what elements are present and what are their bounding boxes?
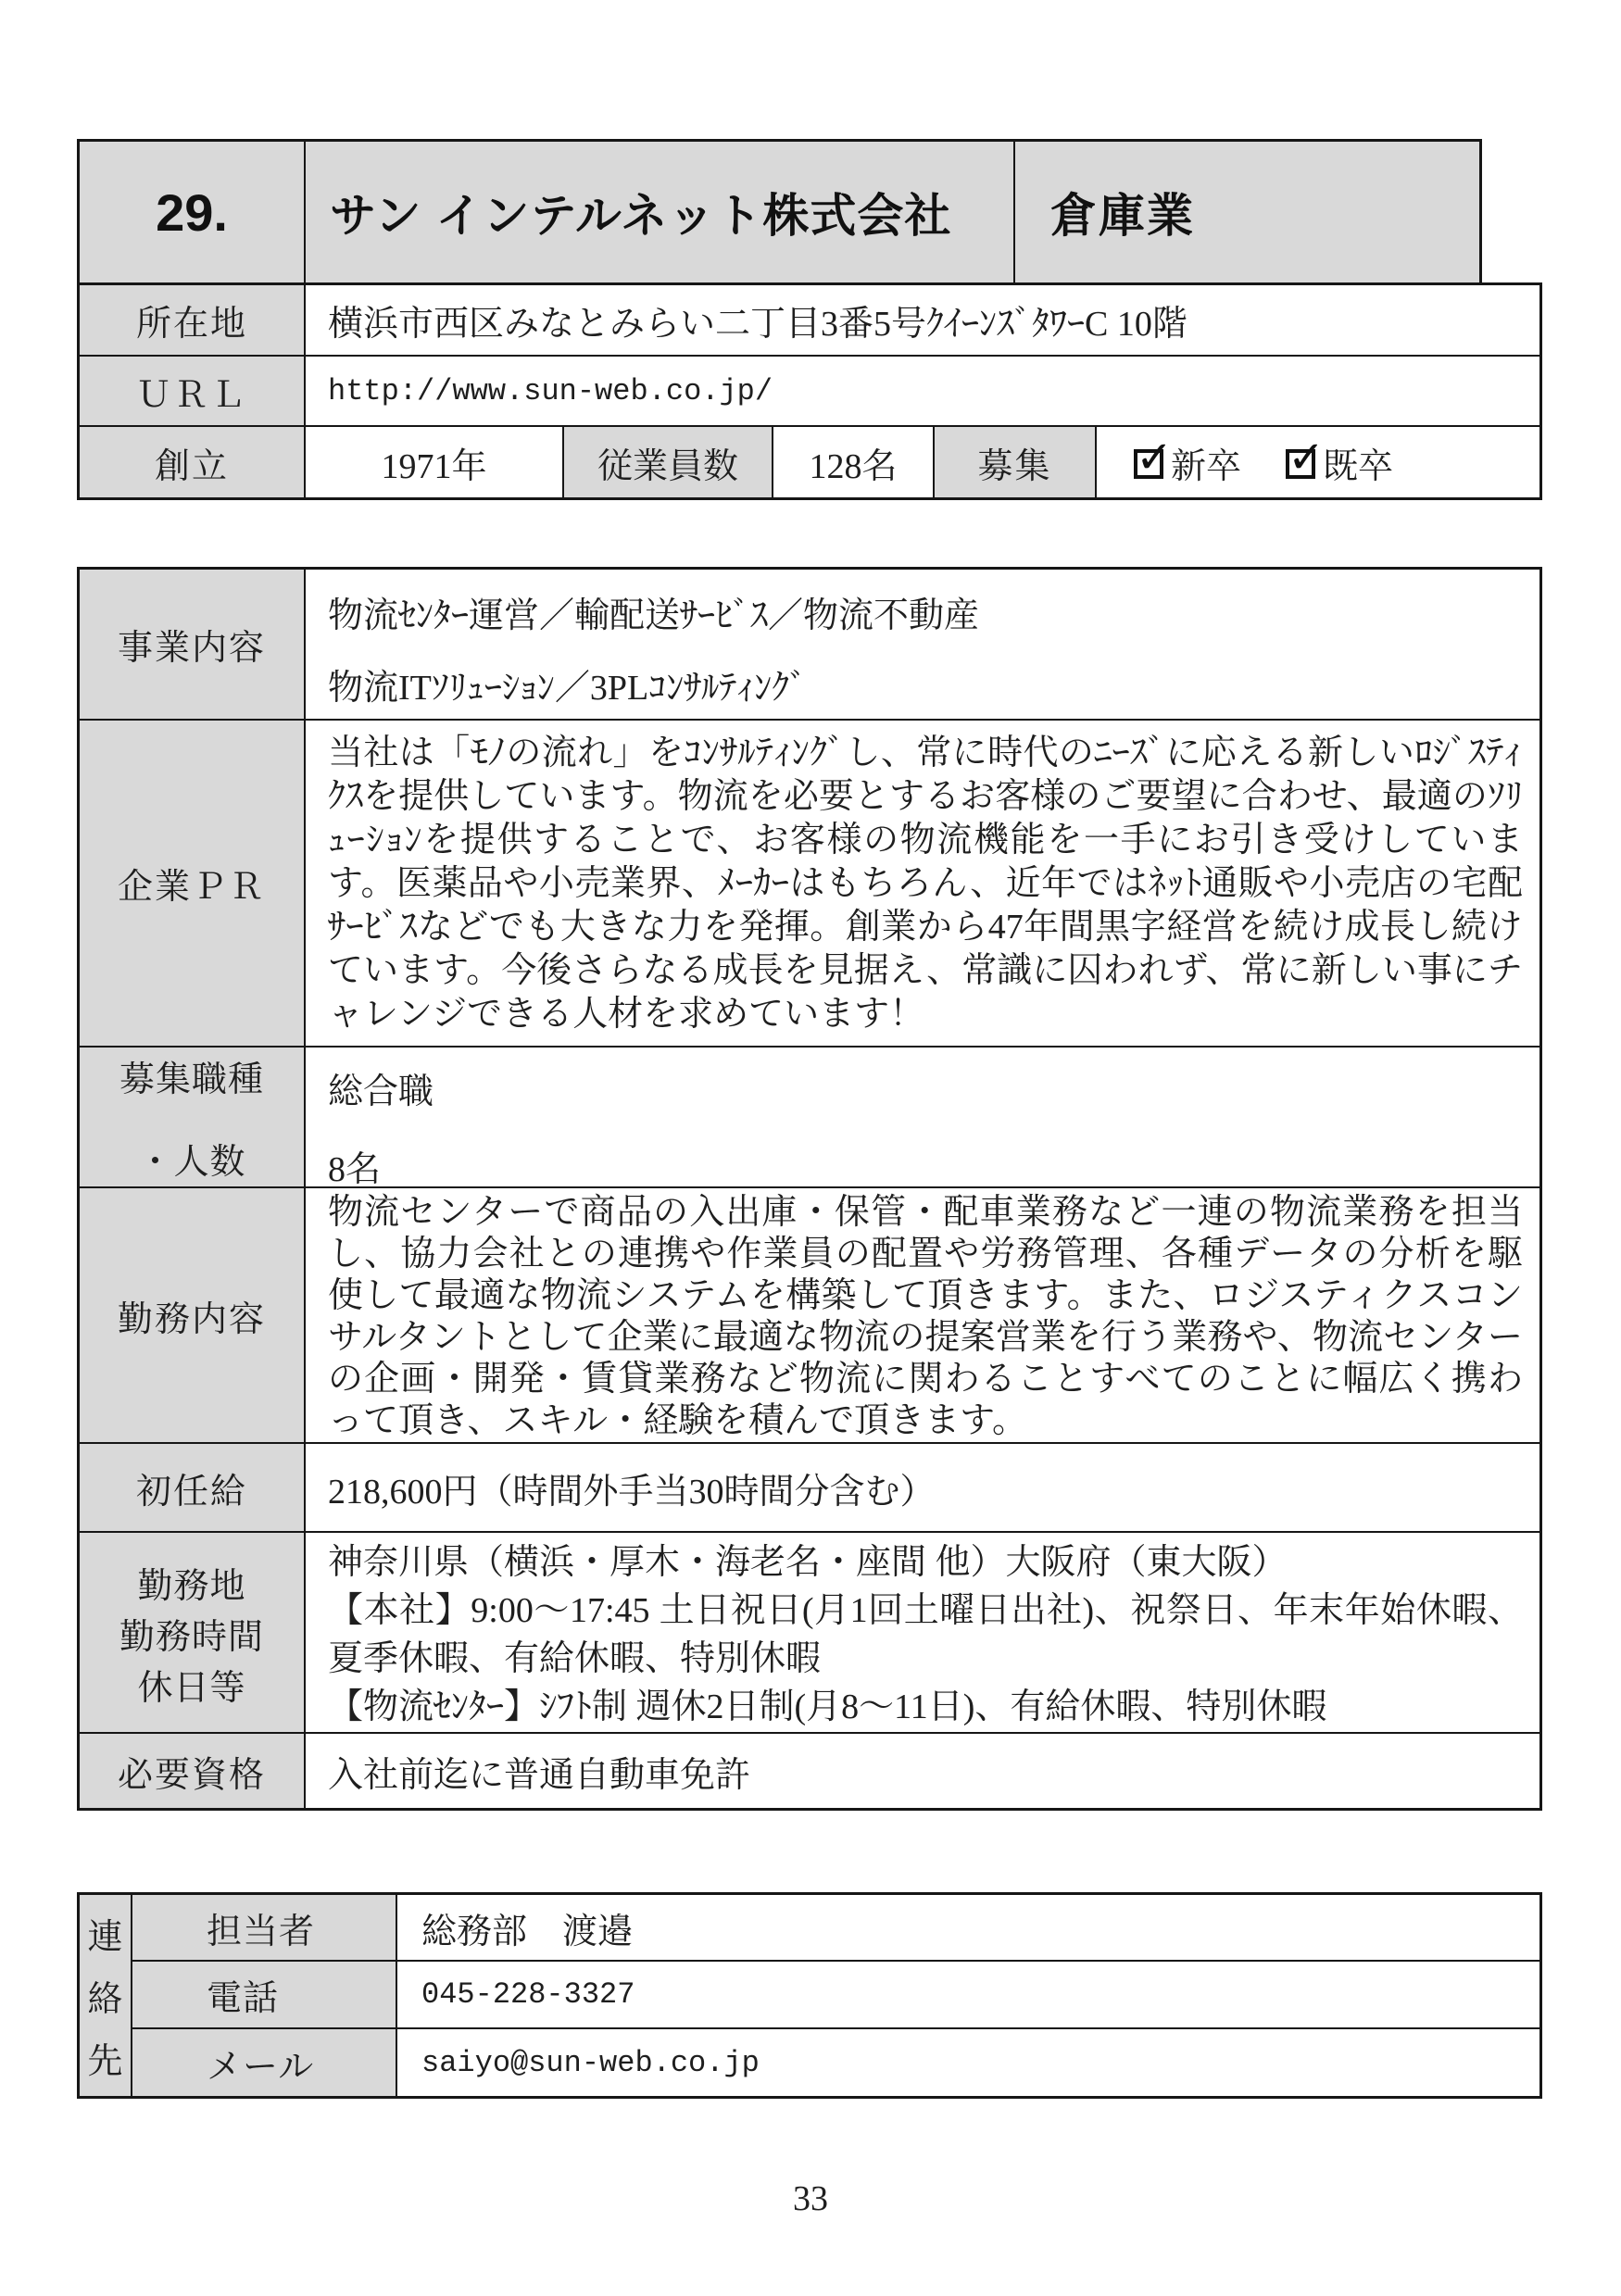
license-value: 入社前迄に普通自動車免許 — [306, 1734, 1539, 1808]
duties-text: 物流センターで商品の入出庫・保管・配車業務など一連の物流業務を担当し、協力会社と… — [306, 1188, 1539, 1442]
founded-label: 創立 — [80, 427, 306, 497]
position-value: 総合職 8名 — [306, 1048, 1539, 1186]
url-label: ＵＲＬ — [80, 357, 306, 425]
salary-label: 初任給 — [80, 1444, 306, 1531]
workplace-label-line: 勤務地 — [137, 1557, 245, 1608]
workplace-label: 勤務地 勤務時間 休日等 — [80, 1533, 306, 1732]
contact-group-char: 連 — [87, 1908, 122, 1959]
business-label: 事業内容 — [80, 570, 306, 719]
recruit-option-new-grad: 新卒 — [1171, 437, 1241, 488]
url-row: ＵＲＬ http://www.sun-web.co.jp/ — [80, 357, 1539, 427]
checkbox-checked-icon[interactable]: ✓ — [1286, 449, 1315, 479]
contact-group-char: 絡 — [87, 1970, 122, 2021]
company-header-row: 29. サン インテルネット株式会社 倉庫業 — [77, 139, 1482, 285]
workplace-value: 神奈川県（横浜・厚木・海老名・座間 他）大阪府（東大阪） 【本社】9:00～17… — [306, 1533, 1539, 1732]
position-label: 募集職種 ・人数 — [80, 1048, 306, 1186]
page-number: 33 — [0, 2178, 1621, 2219]
founded-value: 1971年 — [306, 427, 564, 497]
contact-phone-row: 電話 045-228-3327 — [132, 1962, 1539, 2029]
contact-phone-value: 045-228-3327 — [397, 1962, 1539, 2027]
contact-email-row: メール saiyo@sun-web.co.jp — [132, 2029, 1539, 2096]
recruit-label: 募集 — [935, 427, 1097, 497]
employees-label: 従業員数 — [564, 427, 773, 497]
pr-text: 当社は「ﾓﾉの流れ」をｺﾝｻﾙﾃｨﾝｸﾞし、常に時代のﾆｰｽﾞに応える新しいﾛｼ… — [306, 721, 1539, 1046]
contact-phone-label: 電話 — [132, 1962, 397, 2027]
contact-group-label: 連 絡 先 — [80, 1895, 132, 2096]
license-row: 必要資格 入社前迄に普通自動車免許 — [80, 1734, 1539, 1808]
document-page: 29. サン インテルネット株式会社 倉庫業 所在地 横浜市西区みなとみらい二丁… — [0, 0, 1621, 2296]
contact-email-value: saiyo@sun-web.co.jp — [397, 2029, 1539, 2096]
pr-label: 企業ＰＲ — [80, 721, 306, 1046]
check-mark-icon: ✓ — [1288, 436, 1325, 481]
position-label-line: ・人数 — [137, 1133, 245, 1184]
recruit-option-mid-career: 既卒 — [1323, 437, 1393, 488]
entry-number: 29. — [80, 142, 306, 282]
workplace-line: 【本社】9:00～17:45 土日祝日(月1回土曜日出社)、祝祭日、年末年始休暇… — [328, 1587, 1523, 1683]
contact-table: 連 絡 先 担当者 総務部 渡邉 電話 045-228-3327 メール sai… — [77, 1892, 1542, 2099]
position-label-line: 募集職種 — [119, 1050, 264, 1101]
workplace-label-line: 勤務時間 — [119, 1608, 264, 1659]
recruit-options: ✓ 新卒 ✓ 既卒 — [1097, 427, 1539, 497]
business-line: 物流ITｿﾘｭｰｼｮﾝ／3PLｺﾝｻﾙﾃｨﾝｸﾞ — [328, 666, 1523, 710]
contact-person-row: 担当者 総務部 渡邉 — [132, 1895, 1539, 1962]
salary-value: 218,600円（時間外手当30時間分含む） — [306, 1444, 1539, 1531]
address-label: 所在地 — [80, 285, 306, 355]
workplace-line: 神奈川県（横浜・厚木・海老名・座間 他）大阪府（東大阪） — [328, 1538, 1523, 1587]
business-line: 物流ｾﾝﾀｰ運営／輸配送ｻｰﾋﾞｽ／物流不動産 — [328, 594, 1523, 638]
position-line: 総合職 — [328, 1070, 1523, 1114]
address-row: 所在地 横浜市西区みなとみらい二丁目3番5号ｸｲｰﾝｽﾞﾀﾜｰC 10階 — [80, 285, 1539, 357]
details-table: 事業内容 物流ｾﾝﾀｰ運営／輸配送ｻｰﾋﾞｽ／物流不動産 物流ITｿﾘｭｰｼｮﾝ… — [77, 567, 1542, 1811]
duties-row: 勤務内容 物流センターで商品の入出庫・保管・配車業務など一連の物流業務を担当し、… — [80, 1188, 1539, 1444]
business-value: 物流ｾﾝﾀｰ運営／輸配送ｻｰﾋﾞｽ／物流不動産 物流ITｿﾘｭｰｼｮﾝ／3PLｺ… — [306, 570, 1539, 719]
employees-value: 128名 — [773, 427, 935, 497]
contact-group-char: 先 — [87, 2032, 122, 2083]
workplace-label-line: 休日等 — [137, 1659, 245, 1710]
salary-row: 初任給 218,600円（時間外手当30時間分含む） — [80, 1444, 1539, 1533]
pr-row: 企業ＰＲ 当社は「ﾓﾉの流れ」をｺﾝｻﾙﾃｨﾝｸﾞし、常に時代のﾆｰｽﾞに応える… — [80, 721, 1539, 1048]
industry-label: 倉庫業 — [1015, 142, 1479, 282]
check-mark-icon: ✓ — [1136, 436, 1173, 481]
contact-email-label: メール — [132, 2029, 397, 2096]
url-value: http://www.sun-web.co.jp/ — [306, 357, 1539, 425]
contact-person-label: 担当者 — [132, 1895, 397, 1960]
business-row: 事業内容 物流ｾﾝﾀｰ運営／輸配送ｻｰﾋﾞｽ／物流不動産 物流ITｿﾘｭｰｼｮﾝ… — [80, 570, 1539, 721]
checkbox-checked-icon[interactable]: ✓ — [1134, 449, 1163, 479]
address-value: 横浜市西区みなとみらい二丁目3番5号ｸｲｰﾝｽﾞﾀﾜｰC 10階 — [306, 285, 1539, 355]
contact-person-value: 総務部 渡邉 — [397, 1895, 1539, 1960]
company-info-table: 所在地 横浜市西区みなとみらい二丁目3番5号ｸｲｰﾝｽﾞﾀﾜｰC 10階 ＵＲＬ… — [77, 282, 1542, 500]
license-label: 必要資格 — [80, 1734, 306, 1808]
workplace-line: 【物流ｾﾝﾀｰ】ｼﾌﾄ制 週休2日制(月8～11日)、有給休暇、特別休暇 — [328, 1683, 1523, 1731]
duties-label: 勤務内容 — [80, 1188, 306, 1442]
position-row: 募集職種 ・人数 総合職 8名 — [80, 1048, 1539, 1188]
position-line: 8名 — [328, 1148, 1523, 1192]
company-name: サン インテルネット株式会社 — [306, 142, 1015, 282]
workplace-row: 勤務地 勤務時間 休日等 神奈川県（横浜・厚木・海老名・座間 他）大阪府（東大阪… — [80, 1533, 1539, 1734]
founded-row: 創立 1971年 従業員数 128名 募集 ✓ 新卒 ✓ 既卒 — [80, 427, 1539, 497]
